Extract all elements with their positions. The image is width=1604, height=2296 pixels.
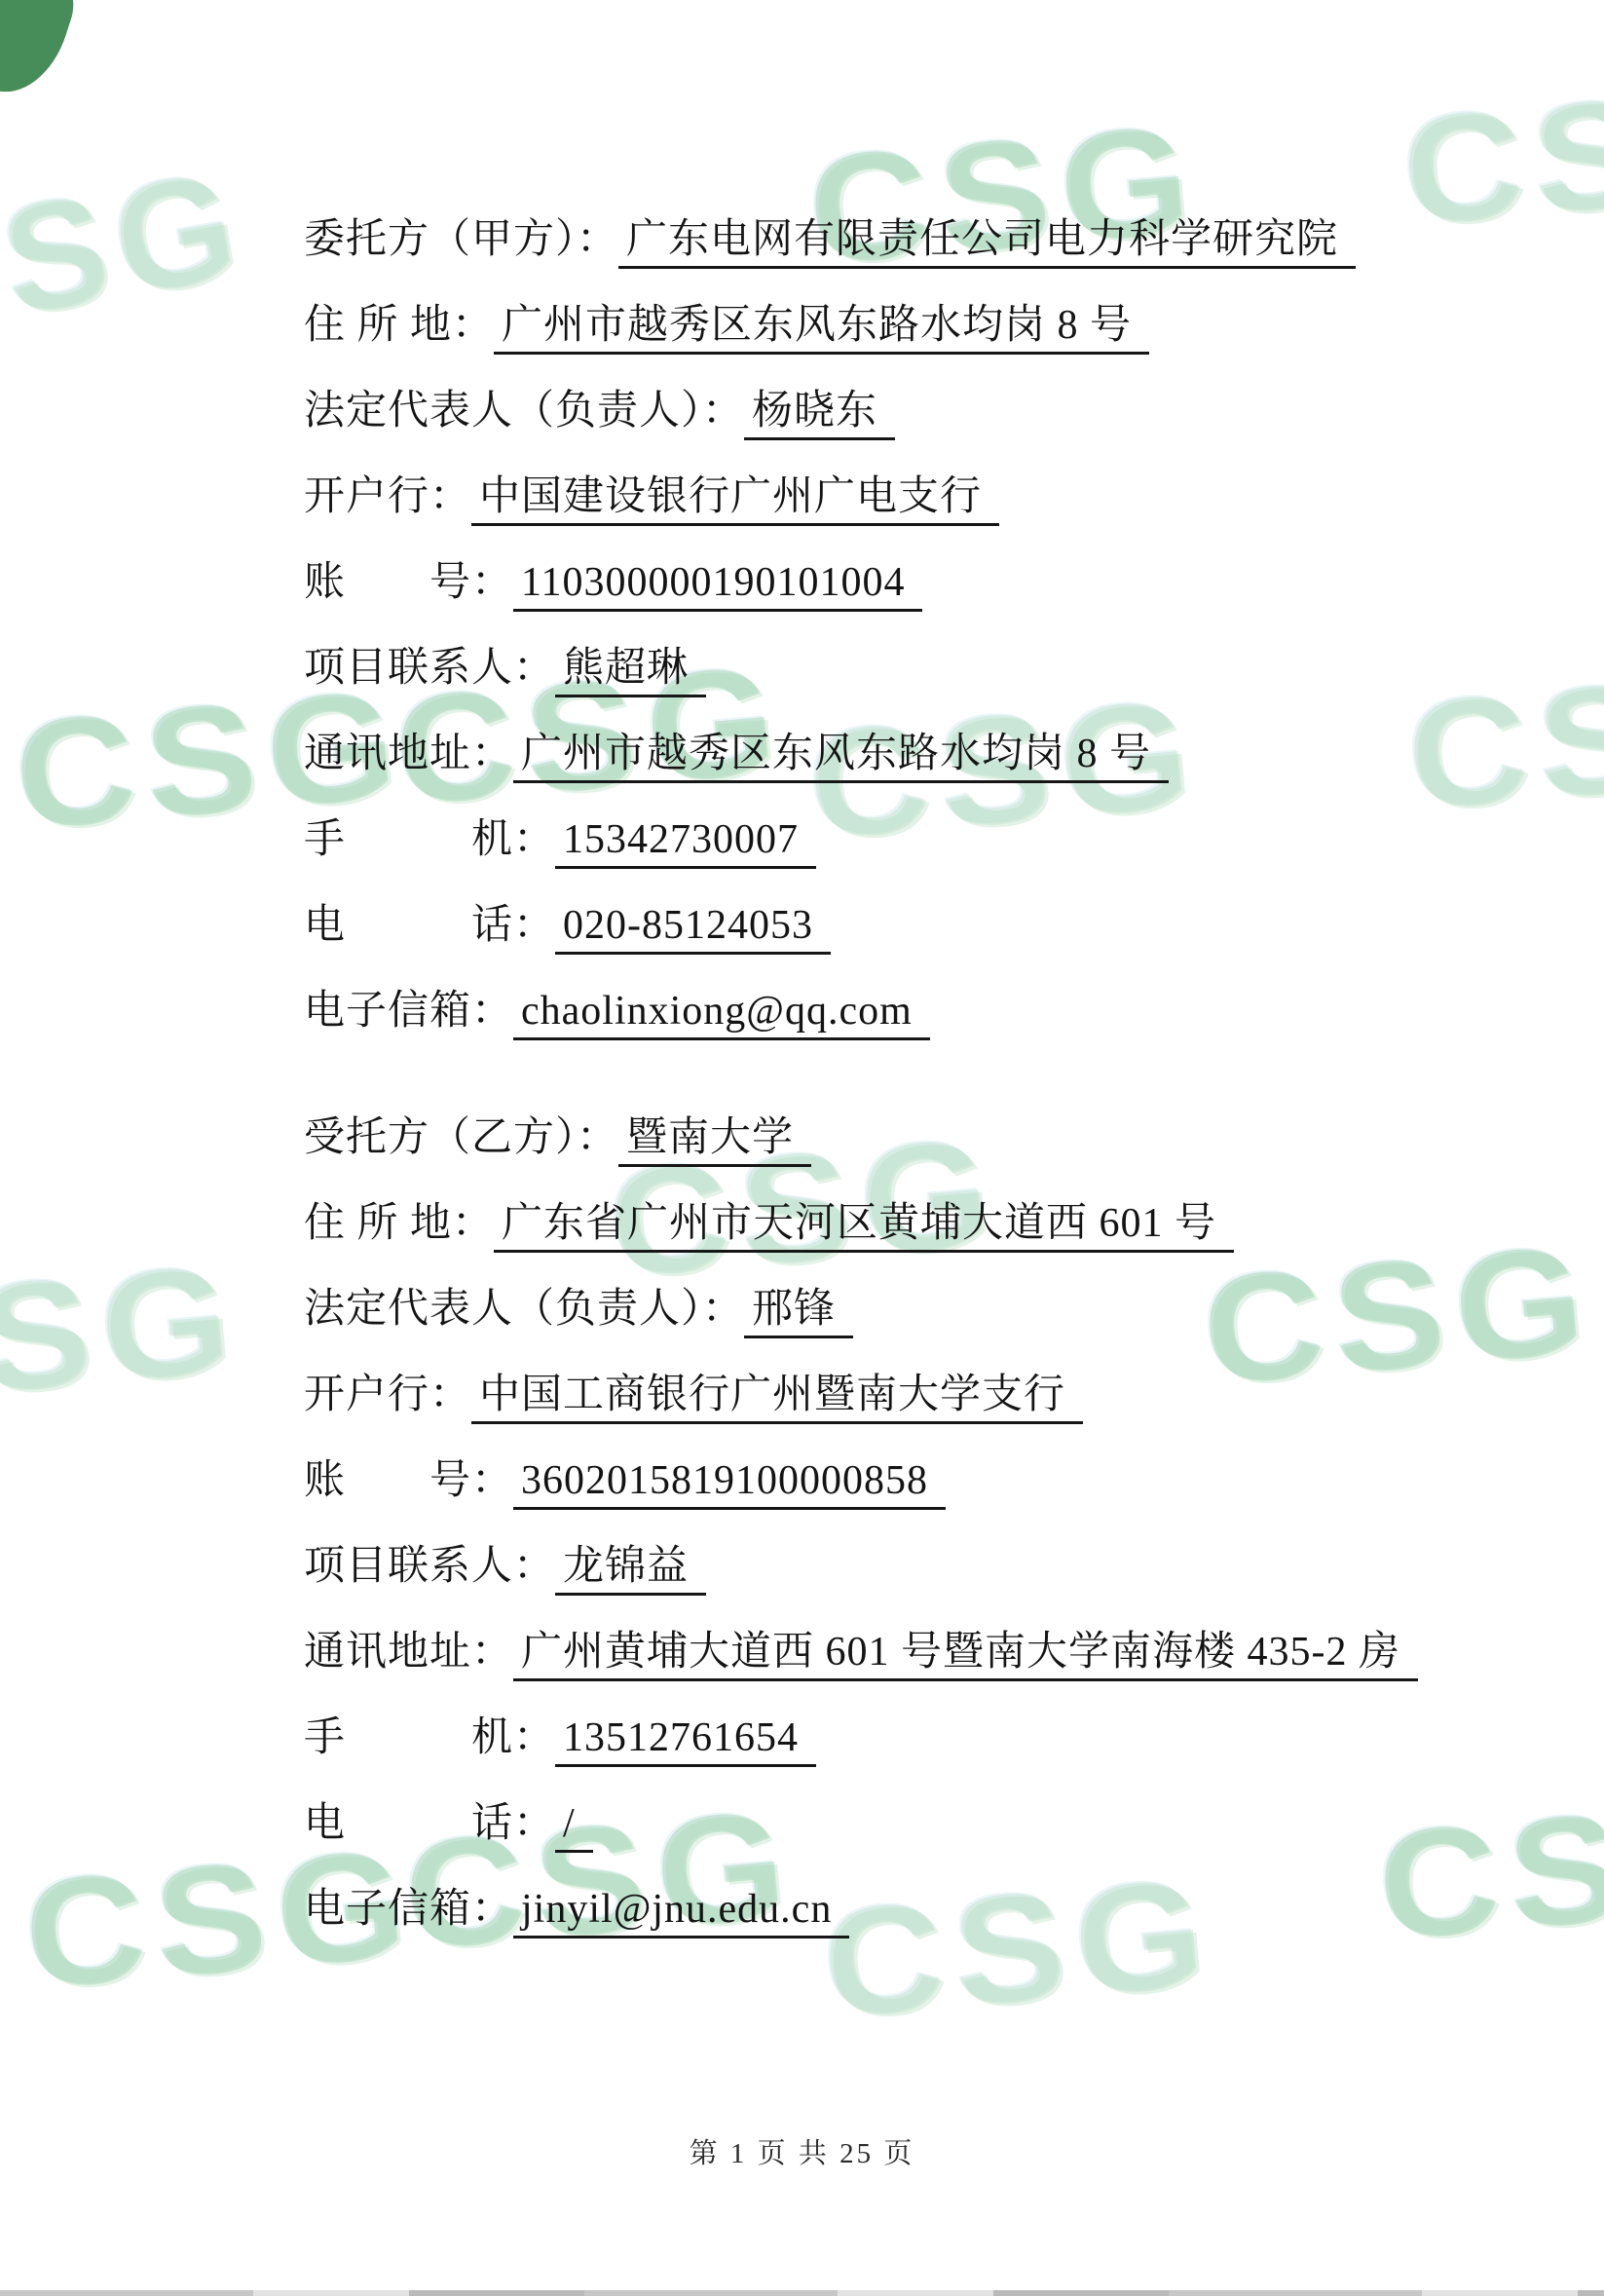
contract-page: CSG CSG CSG CSG CSG CSG CSG CSG CSG CSG … <box>0 0 1604 2296</box>
field-label: 账 号： <box>304 560 513 605</box>
field-row-bank: 开户行：中国建设银行广州广电支行 <box>304 476 1375 517</box>
field-value: 13512761654 <box>555 1715 816 1767</box>
field-value: 广东电网有限责任公司电力科学研究院 <box>618 217 1356 269</box>
field-row-legal-rep: 法定代表人（负责人）：邢锋 <box>304 1289 1375 1330</box>
field-row-telephone: 电 话：/ <box>304 1803 1375 1844</box>
field-value: 暨南大学 <box>618 1115 811 1167</box>
field-value: 广州黄埔大道西 601 号暨南大学南海楼 435-2 房 <box>513 1630 1418 1681</box>
field-row-email: 电子信箱：chaolinxiong@qq.com <box>304 991 1375 1032</box>
field-value: 中国建设银行广州广电支行 <box>471 474 999 526</box>
field-value: 110300000190101004 <box>513 560 922 612</box>
party-b-section: 受托方（乙方）：暨南大学 住 所 地：广东省广州市天河区黄埔大道西 601 号 … <box>304 1117 1375 1930</box>
field-value: 龙锦益 <box>555 1544 706 1596</box>
field-label: 项目联系人： <box>304 646 555 691</box>
page-number: 第 1 页 共 25 页 <box>0 2131 1604 2171</box>
field-label: 开户行： <box>304 1373 471 1417</box>
field-row-mobile: 手 机：13512761654 <box>304 1717 1375 1758</box>
scan-edge-artifact <box>0 2290 1604 2296</box>
field-row-trustee: 受托方（乙方）：暨南大学 <box>304 1117 1375 1158</box>
field-row-account: 账 号：3602015819100000858 <box>304 1460 1375 1501</box>
field-value: 邢锋 <box>744 1287 853 1338</box>
field-value: 杨晓东 <box>744 389 895 440</box>
corner-stamp-fragment <box>0 0 82 105</box>
field-value: chaolinxiong@qq.com <box>513 989 930 1040</box>
csg-watermark: CSG <box>0 135 258 372</box>
party-a-section: 委托方（甲方）：广东电网有限责任公司电力科学研究院 住 所 地：广州市越秀区东风… <box>304 219 1375 1032</box>
field-row-bank: 开户行：中国工商银行广州暨南大学支行 <box>304 1374 1375 1415</box>
field-label: 项目联系人： <box>304 1544 555 1589</box>
field-value: 熊超琳 <box>555 646 706 697</box>
field-label: 法定代表人（负责人）： <box>304 1287 744 1332</box>
field-value: 3602015819100000858 <box>513 1458 946 1510</box>
field-row-address: 住 所 地：广州市越秀区东风东路水均岗 8 号 <box>304 305 1375 346</box>
field-label: 电 话： <box>304 903 555 948</box>
field-row-mail-address: 通讯地址：广州市越秀区东风东路水均岗 8 号 <box>304 734 1375 774</box>
field-row-mail-address: 通讯地址：广州黄埔大道西 601 号暨南大学南海楼 435-2 房 <box>304 1632 1375 1673</box>
field-value: 广州市越秀区东风东路水均岗 8 号 <box>494 303 1149 355</box>
field-row-contact: 项目联系人：熊超琳 <box>304 648 1375 689</box>
field-label: 通讯地址： <box>304 732 513 776</box>
field-label: 住 所 地： <box>304 1201 494 1246</box>
field-label: 开户行： <box>304 474 471 519</box>
csg-watermark: CSG <box>1371 1766 1604 1976</box>
field-label: 电 话： <box>304 1801 555 1846</box>
field-label: 电子信箱： <box>304 989 513 1034</box>
field-label: 住 所 地： <box>304 303 494 348</box>
field-value: / <box>555 1801 593 1853</box>
csg-watermark: CSG <box>1400 636 1604 846</box>
field-label: 账 号： <box>304 1458 513 1503</box>
contract-body: 委托方（甲方）：广东电网有限责任公司电力科学研究院 住 所 地：广州市越秀区东风… <box>304 219 1375 1975</box>
field-row-mobile: 手 机：15342730007 <box>304 819 1375 860</box>
field-value: 中国工商银行广州暨南大学支行 <box>471 1373 1083 1424</box>
field-label: 委托方（甲方）： <box>304 217 618 262</box>
field-label: 受托方（乙方）： <box>304 1115 618 1160</box>
field-row-telephone: 电 话：020-85124053 <box>304 905 1375 946</box>
field-value: 广东省广州市天河区黄埔大道西 601 号 <box>494 1201 1234 1253</box>
field-value: 广州市越秀区东风东路水均岗 8 号 <box>513 732 1169 783</box>
csg-watermark: CSG <box>1396 52 1604 261</box>
field-label: 法定代表人（负责人）： <box>304 389 744 433</box>
field-row-legal-rep: 法定代表人（负责人）：杨晓东 <box>304 391 1375 432</box>
field-label: 手 机： <box>304 1715 555 1760</box>
csg-watermark: CSG <box>0 1230 247 1440</box>
field-value: 020-85124053 <box>555 903 831 955</box>
field-label: 通讯地址： <box>304 1630 513 1675</box>
field-row-account: 账 号：110300000190101004 <box>304 562 1375 603</box>
field-row-contact: 项目联系人：龙锦益 <box>304 1546 1375 1587</box>
field-row-address: 住 所 地：广东省广州市天河区黄埔大道西 601 号 <box>304 1203 1375 1244</box>
field-row-client: 委托方（甲方）：广东电网有限责任公司电力科学研究院 <box>304 219 1375 260</box>
field-value: jinyil@jnu.edu.cn <box>513 1887 849 1938</box>
field-row-email: 电子信箱：jinyil@jnu.edu.cn <box>304 1889 1375 1930</box>
field-label: 手 机： <box>304 817 555 862</box>
field-label: 电子信箱： <box>304 1887 513 1932</box>
field-value: 15342730007 <box>555 817 816 869</box>
